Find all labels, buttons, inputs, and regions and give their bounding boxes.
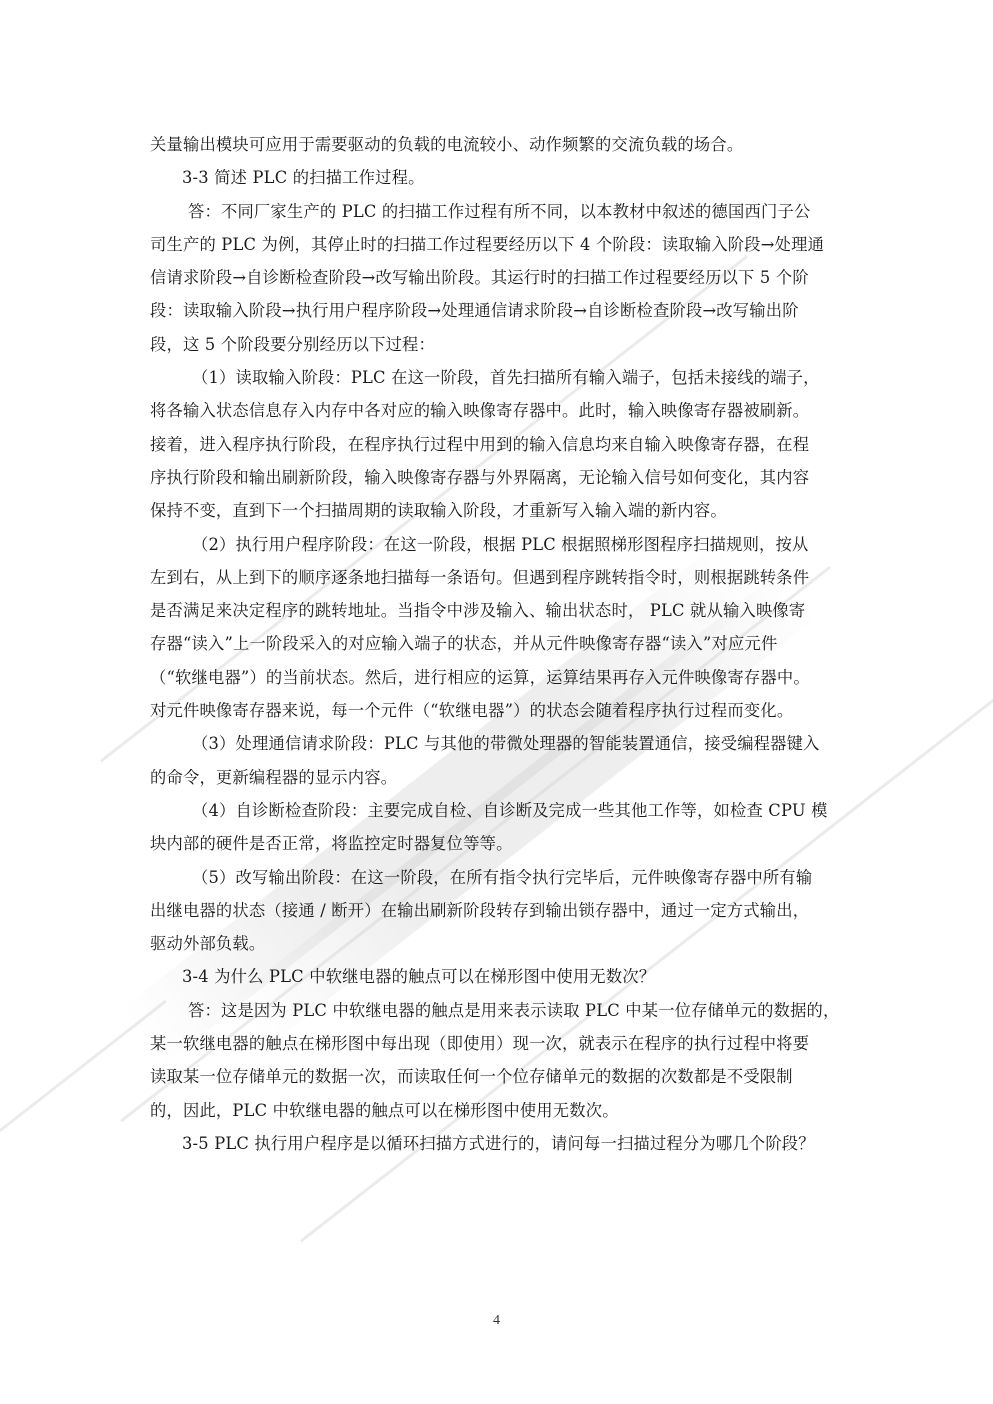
text-line: 驱动外部负载。 (150, 927, 844, 960)
answer-line: 答：不同厂家生产的 PLC 的扫描工作过程有所不同，以本教材中叙述的德国西门子公 (150, 195, 844, 228)
list-item-heading: （3）处理通信请求阶段：PLC 与其他的带微处理器的智能装置通信，接受编程器键入 (150, 727, 844, 760)
text-line: 出继电器的状态（接通 / 断开）在输出刷新阶段转存到输出锁存器中，通过一定方式输… (150, 894, 844, 927)
text-line: 块内部的硬件是否正常，将监控定时器复位等等。 (150, 827, 844, 860)
list-item-heading: （2）执行用户程序阶段：在这一阶段，根据 PLC 根据照梯形图程序扫描规则，按从 (150, 528, 844, 561)
text-line: 司生产的 PLC 为例，其停止时的扫描工作过程要经历以下 4 个阶段：读取输入阶… (150, 228, 844, 261)
text-line: 对元件映像寄存器来说，每一个元件（“软继电器”）的状态会随着程序执行过程而变化。 (150, 694, 844, 727)
text-line: 的，因此，PLC 中软继电器的触点可以在梯形图中使用无数次。 (150, 1094, 844, 1127)
document-page: 关量输出模块可应用于需要驱动的负载的电流较小、动作频繁的交流负载的场合。 3-3… (150, 128, 844, 1160)
text-line: 关量输出模块可应用于需要驱动的负载的电流较小、动作频繁的交流负载的场合。 (150, 128, 844, 161)
question-heading: 3-5 PLC 执行用户程序是以循环扫描方式进行的，请问每一扫描过程分为哪几个阶… (150, 1127, 844, 1160)
text-line: 段：读取输入阶段→执行用户程序阶段→处理通信请求阶段→自诊断检查阶段→改写输出阶 (150, 294, 844, 327)
text-line: 读取某一位存储单元的数据一次，而读取任何一个位存储单元的数据的次数都是不受限制 (150, 1060, 844, 1093)
page-number: 4 (0, 1313, 993, 1329)
watermark-stripe (0, 1000, 167, 1162)
question-heading: 3-4 为什么 PLC 中软继电器的触点可以在梯形图中使用无数次？ (150, 960, 844, 993)
text-line: 的命令，更新编程器的显示内容。 (150, 761, 844, 794)
question-heading: 3-3 简述 PLC 的扫描工作过程。 (150, 161, 844, 194)
text-line: 段，这 5 个阶段要分别经历以下过程： (150, 328, 844, 361)
text-line: （“软继电器”）的当前状态。然后，进行相应的运算，运算结果再存入元件映像寄存器中… (150, 661, 844, 694)
text-line: 某一软继电器的触点在梯形图中每出现（即使用）现一次，就表示在程序的执行过程中将要 (150, 1027, 844, 1060)
list-item-heading: （5）改写输出阶段：在这一阶段，在所有指令执行完毕后，元件映像寄存器中所有输 (150, 861, 844, 894)
text-line: 是否满足来决定程序的跳转地址。当指令中涉及输入、输出状态时， PLC 就从输入映… (150, 594, 844, 627)
text-line: 将各输入状态信息存入内存中各对应的输入映像寄存器中。此时，输入映像寄存器被刷新。 (150, 394, 844, 427)
text-line: 左到右，从上到下的顺序逐条地扫描每一条语句。但遇到程序跳转指令时，则根据跳转条件 (150, 561, 844, 594)
list-item-heading: （4）自诊断检查阶段：主要完成自检、自诊断及完成一些其他工作等，如检查 CPU … (150, 794, 844, 827)
text-line: 接着，进入程序执行阶段，在程序执行过程中用到的输入信息均来自输入映像寄存器，在程 (150, 428, 844, 461)
text-line: 序执行阶段和输出刷新阶段，输入映像寄存器与外界隔离，无论输入信号如何变化，其内容 (150, 461, 844, 494)
text-line: 保持不变，直到下一个扫描周期的读取输入阶段，才重新写入输入端的新内容。 (150, 494, 844, 527)
answer-line: 答：这是因为 PLC 中软继电器的触点是用来表示读取 PLC 中某一位存储单元的… (150, 994, 844, 1027)
text-line: 信请求阶段→自诊断检查阶段→改写输出阶段。其运行时的扫描工作过程要经历以下 5 … (150, 261, 844, 294)
text-line: 存器“读入”上一阶段采入的对应输入端子的状态，并从元件映像寄存器“读入”对应元件 (150, 627, 844, 660)
list-item-heading: （1）读取输入阶段：PLC 在这一阶段，首先扫描所有输入端子，包括未接线的端子， (150, 361, 844, 394)
